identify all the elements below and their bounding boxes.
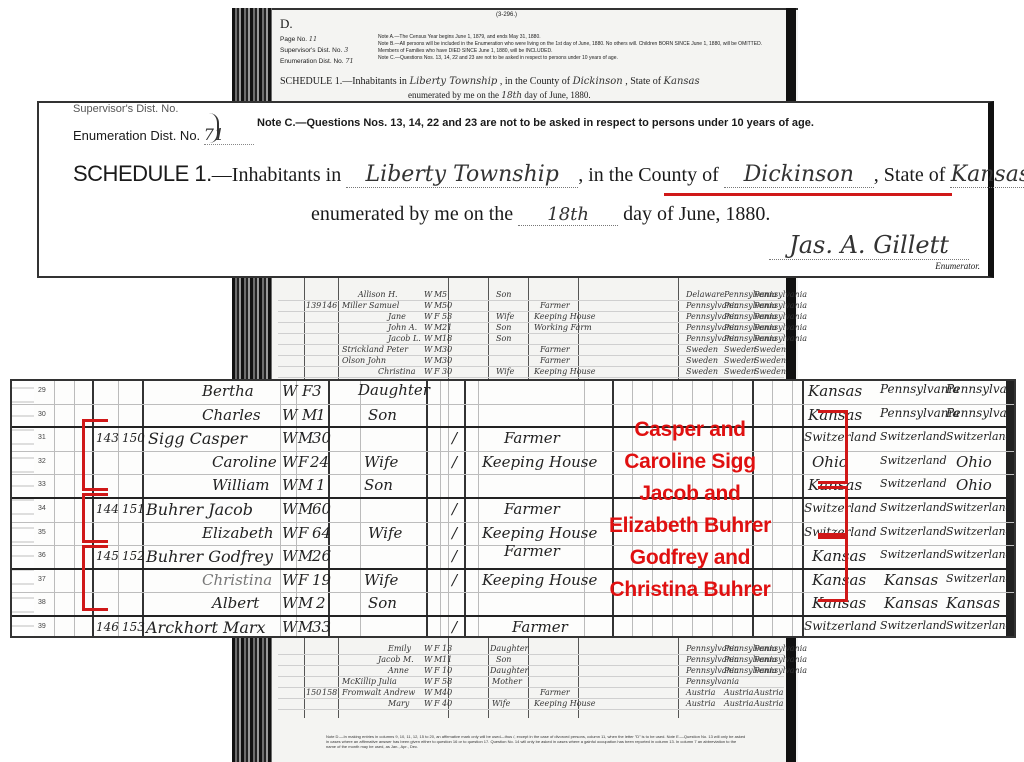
sigg-household-bracket-left	[82, 419, 108, 491]
person-name: William	[212, 476, 270, 494]
day-suffix: day of June, 1880.	[524, 90, 590, 100]
ledger-row: JaneWF53WifeKeeping HousePennsylvaniaPen…	[278, 312, 784, 323]
schedule-label: SCHEDULE 1.	[73, 161, 212, 186]
county-state-highlight	[664, 193, 952, 196]
annotation-line: Godfrey and	[578, 542, 802, 574]
supervisor-dist-label: Supervisor's Dist. No.	[280, 47, 342, 54]
annotation-line: Caroline Sigg	[578, 446, 802, 478]
note-a: Note A.—The Census Year begins June 1, 1…	[378, 34, 778, 41]
state-label: , State of	[874, 164, 946, 186]
person-name: Caroline	[212, 453, 277, 471]
note-c: Note C.—Questions Nos. 13, 14, 22 and 23…	[378, 55, 778, 62]
annotation-line: Elizabeth Buhrer	[578, 510, 802, 542]
supervisor-dist-value: 3	[344, 46, 348, 54]
family-number: 151	[122, 502, 145, 516]
enumerated-label: enumerated by me on the	[311, 203, 513, 225]
state-value: Kansas	[950, 162, 1024, 188]
enumerated-label: enumerated by me on the	[408, 90, 499, 100]
buhrer-godfrey-household-bracket-right	[818, 536, 848, 602]
ledger-row: John A.WM21SonWorking FarmPennsylvaniaPe…	[278, 323, 784, 334]
table-row: 39 146 153 Arckhort Marx W M 33 / Farmer…	[12, 617, 1014, 638]
family-number: 150	[122, 431, 145, 445]
annotation-line: Christina Buhrer	[578, 574, 802, 606]
page-no-value: 11	[309, 35, 317, 43]
table-row: 29 Bertha W F 3 Daughter Kansas Pennsylv…	[12, 381, 1014, 405]
ledger-row: EmilyWF13DaughterPennsylvaniaPennsylvani…	[278, 644, 784, 655]
person-name: Arckhort Marx	[146, 618, 266, 637]
township-value: Liberty Township	[409, 76, 497, 87]
ledger-row: Allison H.WM5SonDelawarePennsylvaniaPenn…	[278, 290, 784, 301]
table-row: 32 Caroline W F 24 Wife / Keeping House …	[12, 452, 1014, 476]
header-zoom-panel: Supervisor's Dist. No. Enumeration Dist.…	[37, 101, 994, 278]
table-row: 31 143 150 Sigg Casper W M 30 / Farmer S…	[12, 428, 1014, 452]
ledger-lower-strip: EmilyWF13DaughterPennsylvaniaPennsylvani…	[278, 638, 784, 758]
page-metadata: Page No. 11 Supervisor's Dist. No. 3 Enu…	[280, 34, 354, 67]
schedule-line: SCHEDULE 1.—Inhabitants in Liberty Towns…	[280, 76, 700, 87]
state-label: , State of	[625, 76, 661, 87]
annotation-line: Casper and	[578, 414, 802, 446]
day-value: 18th	[518, 204, 618, 226]
schedule-line: SCHEDULE 1.—Inhabitants in Liberty Towns…	[73, 161, 1024, 188]
family-number: 153	[122, 620, 145, 634]
household-zoom-panel: 29 Bertha W F 3 Daughter Kansas Pennsylv…	[10, 379, 1016, 638]
enumerator-label: Enumerator.	[935, 261, 980, 271]
ledger-row: Jacob M.WM11SonPennsylvaniaPennsylvaniaP…	[278, 655, 784, 666]
enumeration-dist-value: 71	[345, 57, 353, 65]
person-name: Bertha	[202, 382, 254, 400]
state-value: Kansas	[664, 76, 700, 87]
day-value: 18th	[501, 91, 522, 101]
table-row: 38 Albert W M 2 Son Kansas Kansas Kansas	[12, 593, 1014, 617]
person-name: Elizabeth	[202, 524, 274, 542]
enumeration-dist-label: Enumeration Dist. No.	[73, 128, 200, 143]
county-label: , in the County of	[578, 164, 719, 186]
county-label: , in the County of	[500, 76, 570, 87]
census-page-header: (3-296.) D. Page No. 11 Supervisor's Dis…	[278, 12, 786, 100]
person-name: Buhrer Godfrey	[146, 547, 273, 566]
enumerated-line: enumerated by me on the 18th day of June…	[311, 203, 770, 226]
form-code: (3-296.)	[496, 12, 517, 18]
county-value: Dickinson	[724, 162, 874, 188]
note-b: Note B.—All persons will be included in …	[378, 41, 778, 55]
ledger-row: ChristinaWF30WifeKeeping HouseSwedenSwed…	[278, 367, 784, 378]
county-value: Dickinson	[573, 76, 623, 87]
buhrer-godfrey-household-bracket-left	[82, 545, 108, 611]
table-row: 36 145 152 Buhrer Godfrey W M 26 / Farme…	[12, 546, 1014, 570]
table-row: 33 William W M 1 Son Kansas Switzerland …	[12, 475, 1014, 499]
page-letter: D.	[280, 16, 293, 32]
person-name: Buhrer Jacob	[146, 500, 253, 519]
ledger-upper-strip: Allison H.WM5SonDelawarePennsylvaniaPenn…	[278, 276, 784, 380]
buhrer-jacob-household-bracket-right	[818, 486, 848, 536]
census-footnote: Note D.—In making entries in columns 9, …	[326, 734, 746, 749]
person-name: Sigg Casper	[148, 429, 247, 448]
ledger-row: Jacob L.WM18SonPennsylvaniaPennsylvaniaP…	[278, 334, 784, 345]
note-c: Note C.—Questions Nos. 13, 14, 22 and 23…	[257, 117, 814, 129]
ledger-row: Olson JohnWM30FarmerSwedenSwedenSweden	[278, 356, 784, 367]
table-row: 37 Christina W F 19 Wife / Keeping House…	[12, 570, 1014, 594]
ledger-row: 150158Fromwalt AndrewWM40FarmerAustriaAu…	[278, 688, 784, 699]
table-row: 30 Charles W M 1 Son Kansas Pennsylvania…	[12, 405, 1014, 429]
ledger-row: Strickland PeterWM30FarmerSwedenSwedenSw…	[278, 345, 784, 356]
enumerator-signature: Jas. A. Gillett	[769, 231, 969, 260]
enumeration-dist-label: Enumeration Dist. No.	[280, 58, 344, 65]
day-suffix: day of June, 1880.	[623, 203, 770, 225]
person-name: Christina	[202, 571, 272, 589]
dwelling-number: 146	[96, 620, 119, 634]
annotation-line: Jacob and	[578, 478, 802, 510]
page-no-label: Page No.	[280, 36, 307, 43]
census-notes: Note A.—The Census Year begins June 1, 1…	[378, 34, 778, 62]
ledger-row: 139146Miller SamuelWM50FarmerPennsylvani…	[278, 301, 784, 312]
ledger-row: MaryWF40WifeKeeping HouseAustriaAustriaA…	[278, 699, 784, 710]
family-number: 152	[122, 549, 145, 563]
person-name: Albert	[212, 594, 259, 612]
enumerated-line: enumerated by me on the 18th day of June…	[408, 90, 591, 101]
buhrer-jacob-household-bracket-left	[82, 493, 108, 543]
supervisor-label: Supervisor's Dist. No.	[73, 103, 178, 115]
schedule-label: SCHEDULE 1.—Inhabitants in	[280, 76, 407, 87]
township-value: Liberty Township	[346, 162, 578, 188]
ledger-row: AnneWF10DaughterPennsylvaniaPennsylvania…	[278, 666, 784, 677]
sigg-household-bracket-right	[818, 410, 848, 484]
inhabitants-label: —Inhabitants in	[212, 164, 341, 186]
household-annotation: Casper and Caroline Sigg Jacob and Eliza…	[578, 414, 802, 606]
person-name: Charles	[202, 406, 261, 424]
table-row: 34 144 151 Buhrer Jacob W M 60 / Farmer …	[12, 499, 1014, 523]
ledger-row: McKillip JuliaWF58MotherPennsylvania	[278, 677, 784, 688]
enumeration-dist: Enumeration Dist. No. 71	[73, 125, 254, 145]
